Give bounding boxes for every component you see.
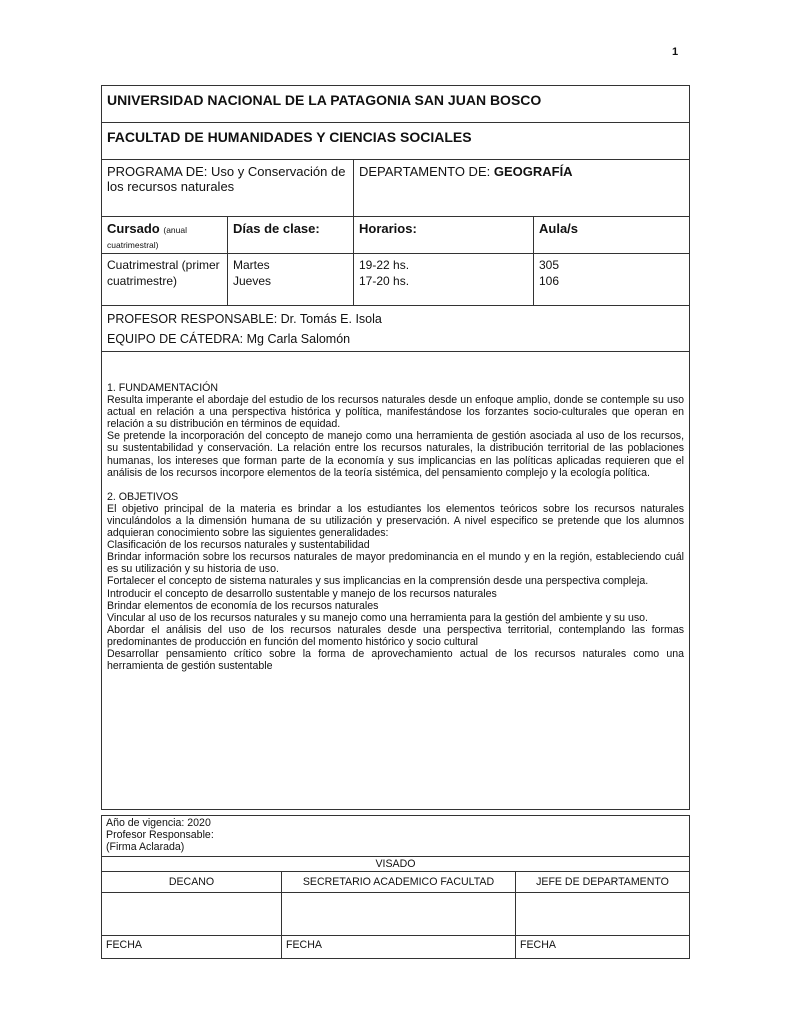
secretario-header: SECRETARIO ACADEMICO FACULTAD [282,872,516,893]
aula-item: 106 [539,273,684,289]
objetivo-item: Introducir el concepto de desarrollo sus… [107,588,684,600]
cursado-value: Cuatrimestral (primer cuatrimestre) [102,254,228,306]
department-value: GEOGRAFÍA [494,164,573,179]
objetivos-title: 2. OBJETIVOS [107,491,684,503]
cursado-header: Cursado (anual cuatrimestral) [102,217,228,254]
secretario-fecha: FECHA [282,936,516,959]
profesor-firma-label: Profesor Responsable: [106,829,685,841]
program-label: PROGRAMA DE: [107,164,207,179]
firma-aclarada-label: (Firma Aclarada) [106,841,685,853]
department-cell: DEPARTAMENTO DE: GEOGRAFÍA [354,160,690,217]
objetivo-item: Brindar información sobre los recursos n… [107,551,684,575]
aula-item: 305 [539,257,684,273]
objetivo-item: Fortalecer el concepto de sistema natura… [107,575,684,587]
university-name: UNIVERSIDAD NACIONAL DE LA PATAGONIA SAN… [102,86,690,123]
dias-header: Días de clase: [228,217,354,254]
program-cell: PROGRAMA DE: Uso y Conservación de los r… [102,160,354,217]
vigencia-cell: Año de vigencia: 2020 Profesor Responsab… [102,816,690,857]
decano-fecha: FECHA [102,936,282,959]
vigencia-text: Año de vigencia: 2020 [106,817,685,829]
jefe-header: JEFE DE DEPARTAMENTO [516,872,690,893]
department-label: DEPARTAMENTO DE: [359,164,494,179]
horarios-header: Horarios: [354,217,534,254]
cursado-label: Cursado [107,221,160,236]
staff-cell: PROFESOR RESPONSABLE: Dr. Tomás E. Isola… [102,306,690,352]
program-table: UNIVERSIDAD NACIONAL DE LA PATAGONIA SAN… [101,85,690,810]
objetivo-item: Abordar el análisis del uso de los recur… [107,624,684,648]
profesor-responsable: PROFESOR RESPONSABLE: Dr. Tomás E. Isola [107,309,684,329]
horario-item: 17-20 hs. [359,273,528,289]
decano-signature-field[interactable] [102,893,282,936]
horario-item: 19-22 hs. [359,257,528,273]
objetivo-item: Brindar elementos de economía de los rec… [107,600,684,612]
horarios-values: 19-22 hs. 17-20 hs. [354,254,534,306]
equipo-catedra: EQUIPO DE CÁTEDRA: Mg Carla Salomón [107,329,684,349]
fundamentacion-paragraph: Resulta imperante el abordaje del estudi… [107,394,684,430]
jefe-signature-field[interactable] [516,893,690,936]
objetivo-item: Clasificación de los recursos naturales … [107,539,684,551]
aulas-header: Aula/s [534,217,690,254]
visado-header: VISADO [102,857,690,872]
decano-header: DECANO [102,872,282,893]
fundamentacion-title: 1. FUNDAMENTACIÓN [107,382,684,394]
page-number: 1 [672,46,678,58]
jefe-fecha: FECHA [516,936,690,959]
approval-table: Año de vigencia: 2020 Profesor Responsab… [101,815,690,959]
secretario-signature-field[interactable] [282,893,516,936]
dia-item: Martes [233,257,348,273]
objetivo-item: Vincular al uso de los recursos naturale… [107,612,684,624]
faculty-name: FACULTAD DE HUMANIDADES Y CIENCIAS SOCIA… [102,123,690,160]
dia-item: Jueves [233,273,348,289]
aulas-values: 305 106 [534,254,690,306]
dias-values: Martes Jueves [228,254,354,306]
objetivo-item: Desarrollar pensamiento crítico sobre la… [107,648,684,672]
content-cell: 1. FUNDAMENTACIÓN Resulta imperante el a… [102,352,690,810]
fundamentacion-paragraph: Se pretende la incorporación del concept… [107,430,684,478]
objetivos-intro: El objetivo principal de la materia es b… [107,503,684,539]
